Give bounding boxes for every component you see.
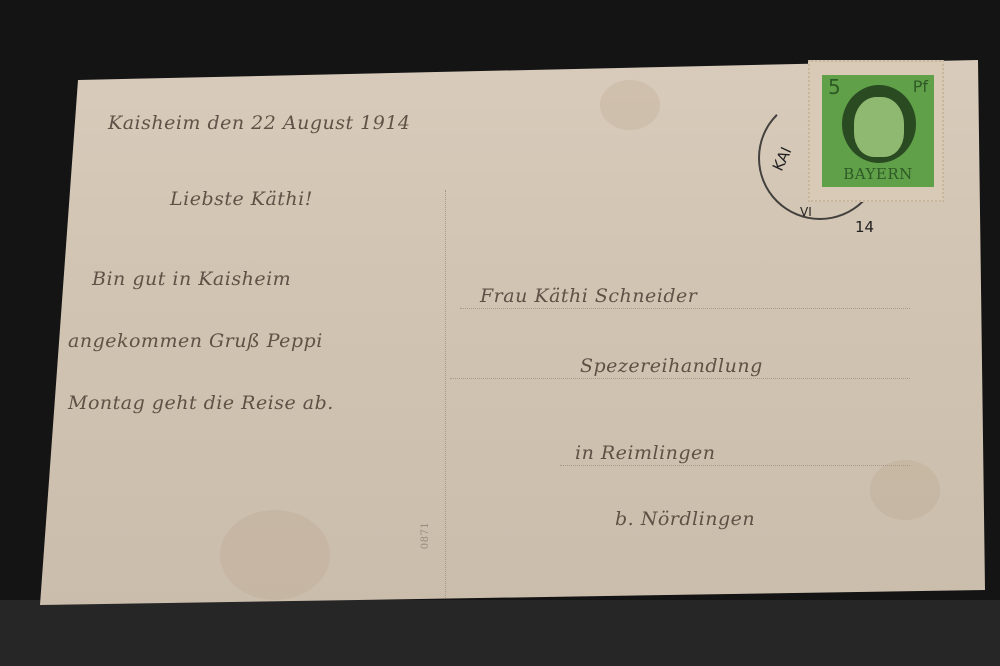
king-portrait-icon xyxy=(854,97,904,157)
address-business: Spezereihandlung xyxy=(580,355,763,377)
message-date-line: Kaisheim den 22 August 1914 xyxy=(108,112,411,134)
stamp-value: 5 xyxy=(828,75,841,99)
address-town: in Reimlingen xyxy=(575,442,716,464)
paper-stain xyxy=(220,510,330,600)
paper-stain xyxy=(600,80,660,130)
message-line: Montag geht die Reise ab. xyxy=(68,392,334,414)
address-line xyxy=(560,465,910,466)
stamp-face: 5 Pf BAYERN xyxy=(822,75,934,187)
postage-stamp: 5 Pf BAYERN xyxy=(808,60,944,202)
address-region: b. Nördlingen xyxy=(615,508,755,530)
card-divider-line xyxy=(445,190,446,600)
address-line xyxy=(450,378,910,379)
message-line: Bin gut in Kaisheim xyxy=(92,268,291,290)
message-line: angekommen Gruß Peppi xyxy=(68,330,323,352)
postmark-marker: VI xyxy=(800,205,812,219)
postmark-year: 14 xyxy=(855,218,874,236)
stamp-country: BAYERN xyxy=(822,165,934,183)
stamp-unit: Pf xyxy=(913,77,928,96)
paper-stain xyxy=(870,460,940,520)
address-recipient: Frau Käthi Schneider xyxy=(480,285,697,307)
printed-code: 0871 xyxy=(420,522,431,549)
stamp-portrait-frame xyxy=(842,85,916,163)
table-surface xyxy=(0,600,1000,666)
address-line xyxy=(460,308,910,309)
message-salutation: Liebste Käthi! xyxy=(170,188,313,210)
